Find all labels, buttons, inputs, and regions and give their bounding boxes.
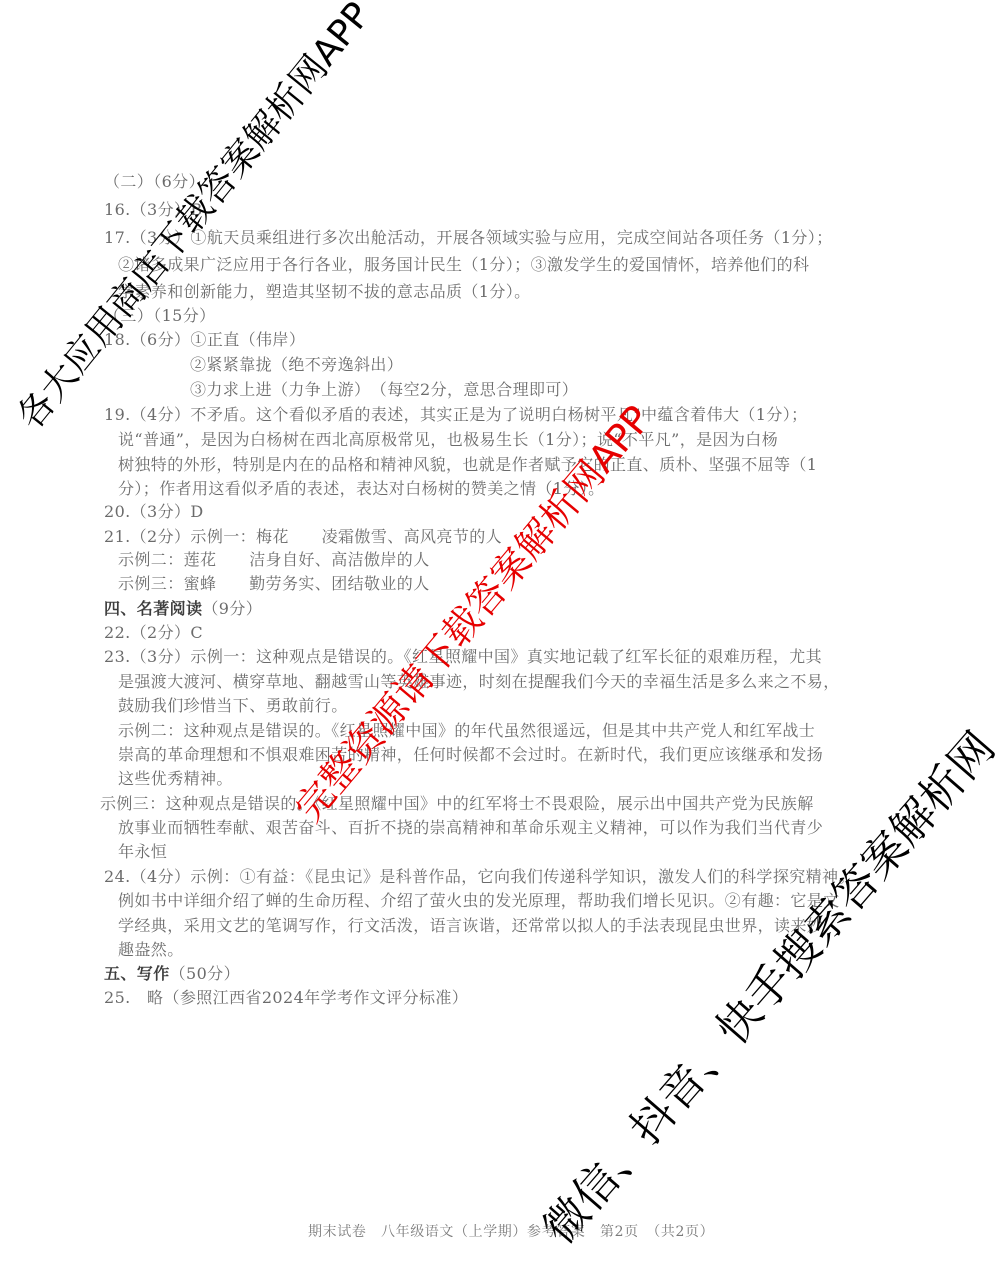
- answer-q23-line-3: 鼓励我们珍惜当下、勇敢前行。: [118, 694, 348, 718]
- answer-q22: 22.（2分）C: [104, 621, 203, 645]
- answer-q17-line-2: ②诸多成果广泛应用于各行各业，服务国计民生（1分）；③激发学生的爱国情怀，培养他…: [118, 253, 809, 277]
- answer-q23-line-2: 是强渡大渡河、横穿草地、翻越雪山等英雄事迹，时刻在提醒我们今天的幸福生活是多么来…: [118, 670, 840, 694]
- answer-q24-line-2: 例如书中详细介绍了蝉的生命历程、介绍了萤火虫的发光原理，帮助我们增长见识。②有趣…: [118, 889, 840, 913]
- section-4-points: （9分）: [202, 599, 262, 618]
- answer-q21-line-1: 21.（2分）示例一：梅花 凌霜傲雪、高风亮节的人: [104, 525, 502, 549]
- answer-q23-line-5: 崇高的革命理想和不惧艰难困苦的精神，任何时候都不会过时。在新时代，我们更应该继承…: [118, 743, 823, 767]
- answer-q24-line-3: 学经典，采用文艺的笔调写作，行文活泼，语言诙谐，还常常以拟人的手法表现昆虫世界，…: [118, 914, 823, 938]
- section-4-title: 四、名著阅读: [104, 599, 202, 618]
- answer-q23-line-7: 示例三：这种观点是错误的。《红星照耀中国》中的红军将士不畏艰险，展示出中国共产党…: [100, 792, 814, 816]
- section-5-points: （50分）: [170, 964, 240, 983]
- answer-q21-line-2: 示例二：莲花 洁身自好、高洁傲岸的人: [118, 548, 430, 572]
- answer-q17-line-3: 学素养和创新能力，塑造其坚韧不拔的意志品质（1分）。: [118, 280, 531, 304]
- answer-q18-line-1: 18.（6分）①正直（伟岸）: [104, 328, 305, 352]
- answer-q19-line-4: 分）；作者用这看似矛盾的表述，表达对白杨树的赞美之情（1分）。: [118, 477, 605, 501]
- answer-q23-line-6: 这些优秀精神。: [118, 767, 233, 791]
- answer-q19-line-3: 树独特的外形，特别是内在的品格和精神风貌，也就是作者赋予它的正直、质朴、坚强不屈…: [118, 453, 817, 477]
- answer-q25: 25. 略（参照江西省2024年学考作文评分标准）: [104, 986, 468, 1010]
- answer-q17-line-1: 17.（3分）①航天员乘组进行多次出舱活动，开展各领域实验与应用，完成空间站各项…: [104, 226, 833, 250]
- answer-q23-line-4: 示例二：这种观点是错误的。《红星照耀中国》的年代虽然很遥远，但是其中共产党人和红…: [118, 719, 815, 743]
- answer-q24-line-4: 趣盎然。: [118, 938, 184, 962]
- answer-q19-line-2: 说“普通”，是因为白杨树在西北高原极常见，也极易生长（1分）；说“不平凡”，是因…: [118, 428, 778, 452]
- answer-key-page: （二）（6分） 16.（3分）B 17.（3分）①航天员乘组进行多次出舱活动，开…: [0, 0, 1000, 1272]
- section-5-title: 五、写作: [104, 964, 170, 983]
- answer-q23-line-9: 年永恒: [118, 840, 167, 864]
- answer-q18-line-3: ③力求上进（力争上游） （每空2分，意思合理即可）: [190, 378, 578, 402]
- section-5-header: 五、写作（50分）: [104, 962, 240, 986]
- answer-q19-line-1: 19.（4分）不矛盾。这个看似矛盾的表述，其实正是为了说明白杨树平凡"中蕴含着伟…: [104, 403, 808, 427]
- section-4-header: 四、名著阅读（9分）: [104, 597, 262, 621]
- page-footer: 期末试卷 八年级语文（上学期）参考答案 第2页 （共2页）: [308, 1221, 714, 1241]
- answer-q24-line-1: 24.（4分）示例：①有益：《昆虫记》是科普作品，它向我们传递科学知识，激发人们…: [104, 865, 855, 889]
- answer-q18-line-2: ②紧紧靠拢（绝不旁逸斜出）: [190, 353, 403, 377]
- answer-q21-line-3: 示例三：蜜蜂 勤劳务实、团结敬业的人: [118, 572, 430, 596]
- answer-q20: 20.（3分）D: [104, 500, 204, 524]
- answer-q23-line-8: 放事业而牺牲奉献、艰苦奋斗、百折不挠的崇高精神和革命乐观主义精神，可以作为我们当…: [118, 816, 823, 840]
